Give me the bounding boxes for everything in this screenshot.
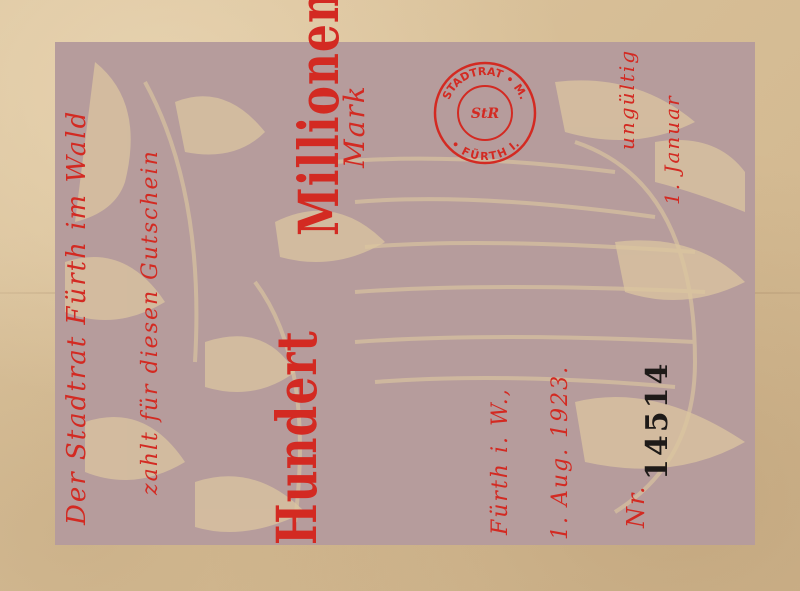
place-date-line-1: Fürth i. W.,: [488, 387, 513, 535]
serial-number: 14514: [640, 361, 675, 480]
currency-mark: Mark: [338, 84, 371, 168]
issuer-line-1: Der Stadtrat Fürth im Wald: [62, 110, 92, 525]
svg-text:• FÜRTH I.: • FÜRTH I.: [448, 138, 522, 164]
serial-prefix: Nr.: [622, 485, 650, 528]
city-council-seal: STADTRAT • M. • FÜRTH I. StR: [432, 60, 538, 166]
validity-line-2: 1. Januar: [660, 94, 684, 205]
banknote: Der Stadtrat Fürth im Wald zahlt für die…: [0, 0, 800, 591]
denomination-hundert: Hundert: [266, 330, 330, 545]
validity-line-1: ungültig: [615, 49, 639, 150]
seal-monogram: StR: [471, 106, 499, 122]
seal-text-top: STADTRAT • M.: [440, 65, 530, 102]
place-date-line-2: 1. Aug. 1923.: [548, 365, 573, 540]
seal-text-bottom: • FÜRTH I.: [448, 138, 522, 164]
issuer-line-2: zahlt für diesen Gutschein: [138, 149, 163, 495]
svg-text:STADTRAT • M.: STADTRAT • M.: [440, 65, 530, 102]
